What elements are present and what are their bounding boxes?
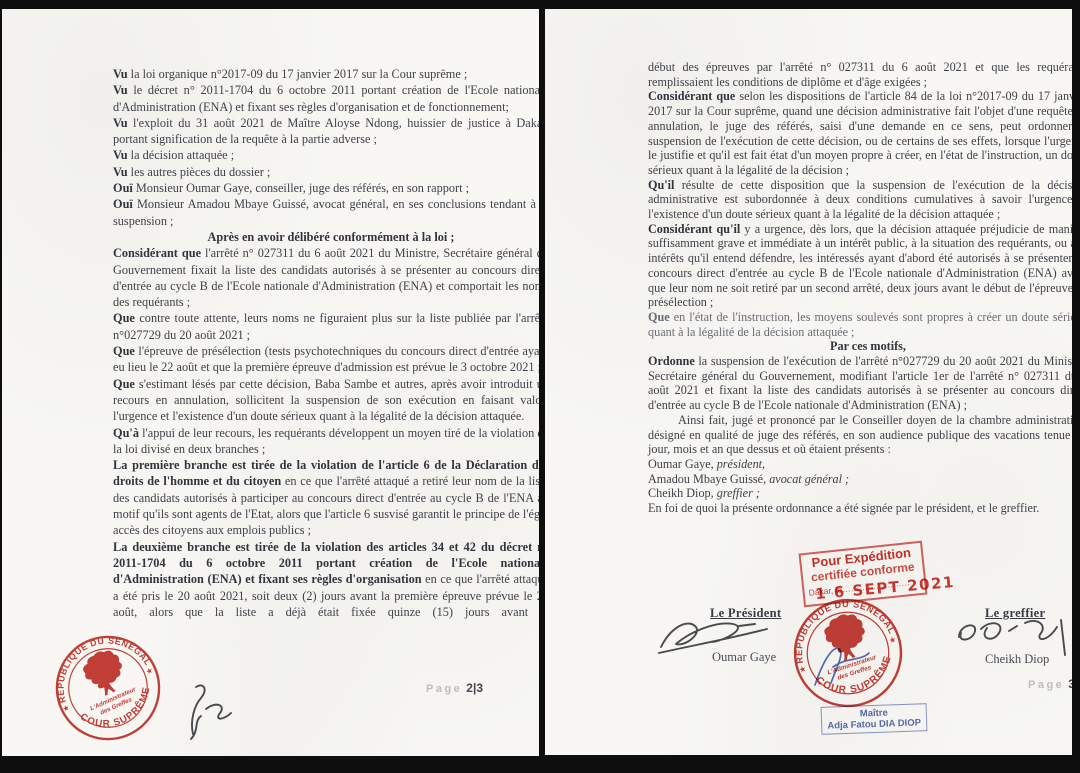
paragraph-text: en l'état de l'instruction, les moyens s… [648, 310, 1072, 339]
que-clause: Que en l'état de l'instruction, les moye… [648, 310, 1072, 339]
paragraph-lead: Que [113, 377, 135, 391]
attendee-name: Cheikh Diop, [648, 486, 717, 500]
svg-text:COUR SUPRÊME: COUR SUPRÊME [75, 682, 162, 742]
paragraph-lead: Ouï [113, 181, 133, 195]
baobab-tree-icon [78, 645, 127, 693]
vu-clause: Vu les autres pièces du dossier ; [113, 164, 539, 180]
vu-clause: Vu le décret n° 2011-1704 du 6 octobre 2… [113, 82, 539, 115]
document-page-2: Vu la loi organique n°2017-09 du 17 janv… [2, 9, 539, 756]
seal-court-text: COUR SUPRÊME [75, 682, 162, 742]
supreme-court-seal: RÉPUBLIQUE DU SÉNÉGAL COUR SUPRÊME ★ ★ L… [37, 617, 180, 756]
attendee-role: greffier ; [717, 486, 760, 500]
page2-text-column: Vu la loi organique n°2017-09 du 17 janv… [113, 66, 539, 620]
paragraph-text: la suspension de l'exécution de l'arrêté… [648, 354, 1072, 412]
oui-clause: Ouï Monsieur Oumar Gaye, conseiller, jug… [113, 180, 539, 196]
paragraph-text: Monsieur Amadou Mbaye Guissé, avocat gén… [113, 197, 539, 227]
que-clause: Que l'épreuve de présélection (tests psy… [113, 343, 539, 376]
president-name: Oumar Gaye [712, 650, 776, 665]
considerant-clause: Considérant que l'arrêté n° 027311 du 6 … [113, 245, 539, 310]
paragraph-text: contre toute attente, leurs noms ne figu… [113, 311, 539, 341]
paragraph-text: résulte de cette disposition que la susp… [648, 178, 1072, 221]
paragraph-text: l'épreuve de présélection (tests psychot… [113, 344, 539, 374]
paragraph-text: les autres pièces du dossier ; [128, 165, 271, 179]
greffier-name: Cheikh Diop [985, 652, 1049, 667]
vu-clause: Vu l'exploit du 31 août 2021 de Maître A… [113, 115, 539, 148]
paragraph-lead: Ouï [113, 197, 133, 211]
branche-clause: La deuxième branche est tirée de la viol… [113, 539, 539, 620]
administrator-blue-signature [803, 641, 875, 689]
considerant-clause: Considérant qu'il y a urgence, dès lors,… [648, 222, 1072, 310]
paragraph-lead: Considérant qu'il [648, 222, 740, 236]
paragraph-lead: Vu [113, 165, 128, 179]
page-number: Page2|3 [426, 679, 483, 697]
paragraph-text: l'appui de leur recours, les requérants … [113, 426, 539, 456]
continuation-clause: début des épreuves par l'arrêté n° 02731… [648, 60, 1072, 89]
attendee-role: avocat général ; [769, 472, 849, 486]
page-number: Page3|3 [1028, 675, 1072, 693]
attendee-line: Cheikh Diop, greffier ; [648, 486, 1072, 501]
paragraph-text: le décret n° 2011-1704 du 6 octobre 2011… [113, 83, 539, 113]
paragraph-lead: Qu'il [648, 178, 674, 192]
que-clause: Qu'à l'appui de leur recours, les requér… [113, 425, 539, 458]
paragraph-lead: Vu [113, 67, 128, 81]
par-ces-motifs-heading: Par ces motifs, [648, 339, 1072, 354]
considerant-clause: Considérant que selon les dispositions d… [648, 89, 1072, 177]
notary-name: Adja Fatou DIA DIOP [824, 717, 924, 731]
que-clause: Que s'estimant lésés par cette décision,… [113, 376, 539, 425]
ordonne-clause: Ordonne la suspension de l'exécution de … [648, 354, 1072, 413]
paragraph-lead: Que [113, 344, 135, 358]
page3-text-column: début des épreuves par l'arrêté n° 02731… [648, 60, 1072, 516]
que-clause: Que contre toute attente, leurs noms ne … [113, 310, 539, 343]
paragraph-lead: Que [648, 310, 670, 324]
seal-star-right: ★ [888, 635, 898, 646]
closing-clause: En foi de quoi la présente ordonnance a … [648, 501, 1072, 516]
page-word: Page [1028, 679, 1064, 691]
paragraph-lead: Vu [113, 148, 128, 162]
paragraph-lead: Vu [113, 83, 128, 97]
seal-star-right: ★ [144, 666, 154, 677]
paragraph-text: l'exploit du 31 août 2021 de Maître Aloy… [113, 116, 539, 146]
paragraph-text: s'estimant lésés par cette décision, Bab… [113, 377, 539, 424]
branche-clause: La première branche est tirée de la viol… [113, 457, 539, 538]
document-scan-viewer: { "left_page": { "paragraphs": [ {"lead"… [0, 0, 1080, 773]
vu-clause: Vu la décision attaquée ; [113, 147, 539, 163]
deliberation-heading: Après en avoir délibéré conformément à l… [113, 229, 539, 245]
document-page-3: début des épreuves par l'arrêté n° 02731… [545, 9, 1072, 755]
paragraph-lead: Considérant que [113, 246, 201, 260]
paragraph-text: la décision attaquée ; [128, 148, 235, 162]
attendee-role: président, [717, 457, 765, 471]
paragraph-lead: Qu'à [113, 426, 139, 440]
paragraph-lead: Considérant que [648, 89, 735, 103]
paragraph-text: la loi organique n°2017-09 du 17 janvier… [128, 67, 468, 81]
attendee-name: Amadou Mbaye Guissé, [648, 472, 769, 486]
greffier-initials-signature [174, 681, 236, 747]
paragraph-text: Monsieur Oumar Gaye, conseiller, juge de… [133, 181, 469, 195]
paragraph-text: début des épreuves par l'arrêté n° 02731… [648, 60, 1072, 89]
ainsi-fait-clause: Ainsi fait, jugé et prononcé par le Cons… [648, 413, 1072, 457]
notary-stamp: Maître Adja Fatou DIA DIOP [821, 703, 928, 735]
page-word: Page [426, 683, 462, 695]
paragraph-lead: Ordonne [648, 354, 695, 368]
quil-clause: Qu'il résulte de cette disposition que l… [648, 178, 1072, 222]
attendee-line: Oumar Gaye, président, [648, 457, 1072, 472]
paragraph-lead: Vu [113, 116, 128, 130]
paragraph-lead: Que [113, 311, 135, 325]
vu-clause: Vu la loi organique n°2017-09 du 17 janv… [113, 66, 539, 82]
attendee-line: Amadou Mbaye Guissé, avocat général ; [648, 472, 1072, 487]
attendee-name: Oumar Gaye, [648, 457, 717, 471]
page-num: 3|3 [1068, 677, 1072, 691]
page-num: 2|3 [466, 681, 483, 695]
oui-clause: Ouï Monsieur Amadou Mbaye Guissé, avocat… [113, 196, 539, 229]
